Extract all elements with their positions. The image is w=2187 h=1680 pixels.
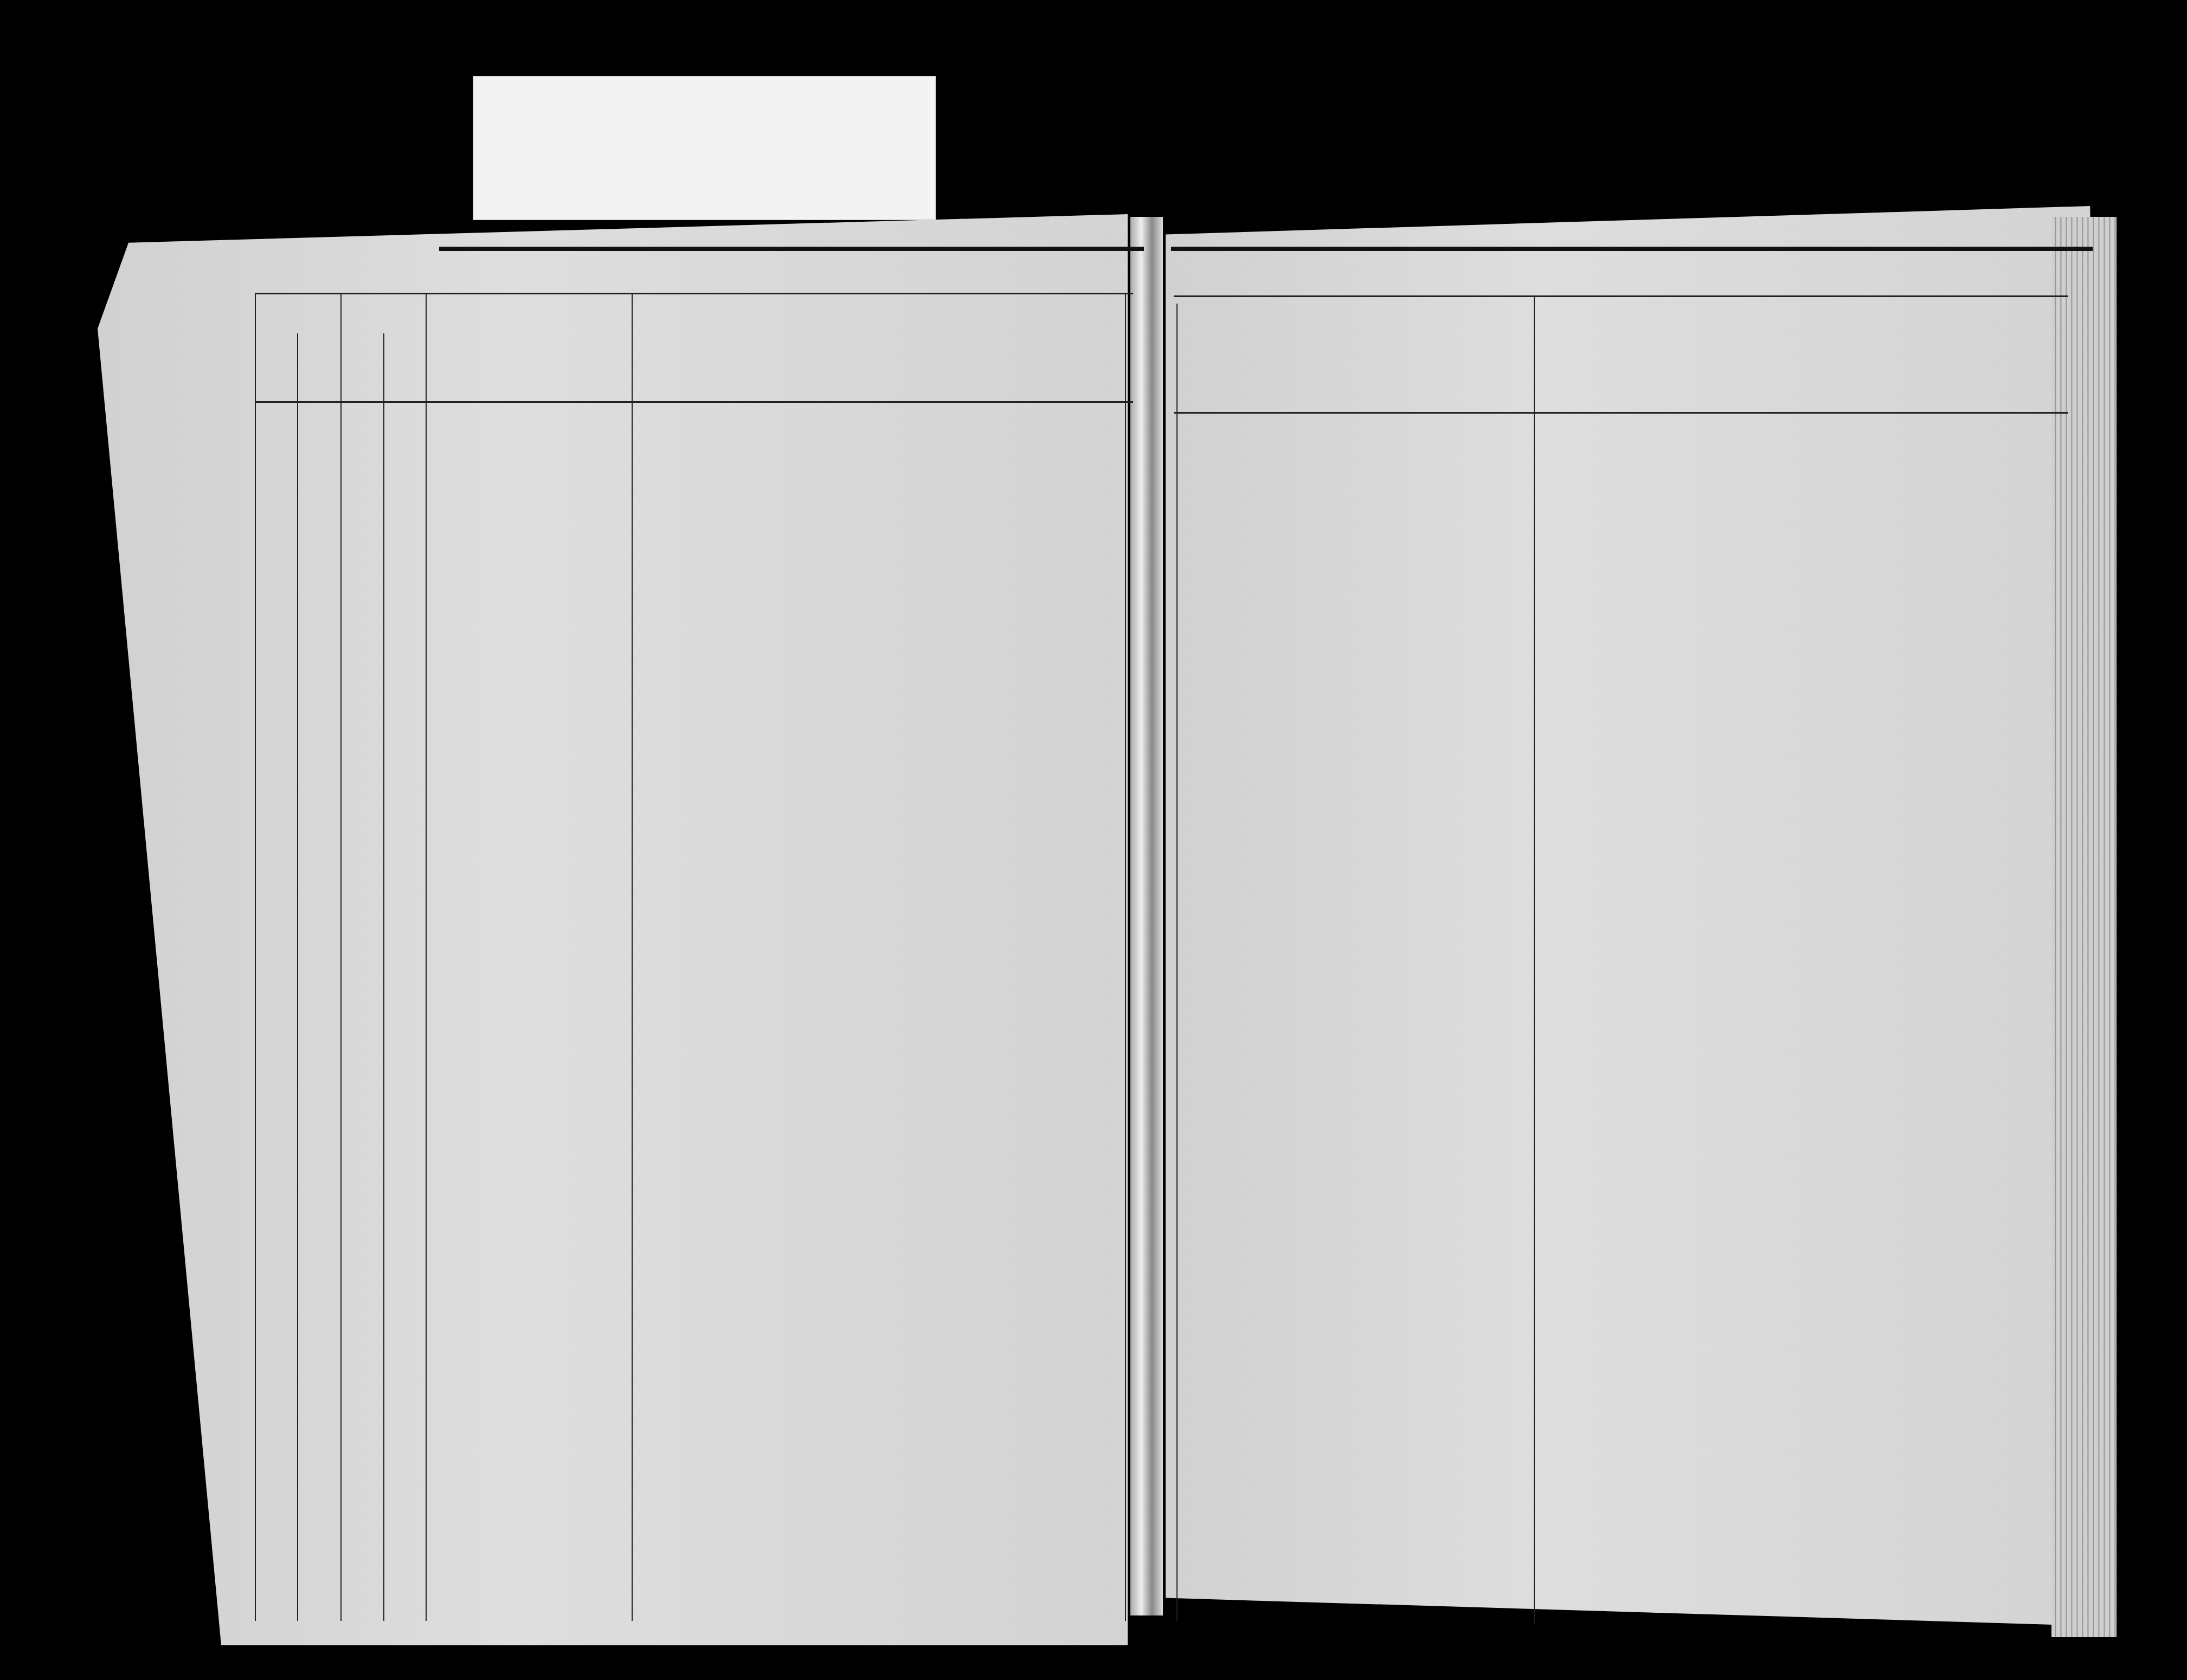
restoration-label-card	[473, 76, 936, 220]
table-top-rule-left	[255, 293, 1133, 294]
page-edge-stack	[2051, 217, 2117, 1637]
col-line	[1125, 293, 1126, 1621]
col-line	[632, 293, 633, 1621]
header-bottom-rule-right	[1174, 412, 2068, 414]
col-line	[383, 333, 384, 1621]
book-spine	[1130, 217, 1163, 1615]
right-page	[1166, 206, 2109, 1626]
col-line	[297, 333, 298, 1621]
heading-rule-right	[1171, 247, 2093, 251]
col-line	[1534, 295, 1535, 1624]
table-top-rule-right	[1174, 295, 2068, 297]
col-line	[1176, 304, 1178, 1621]
col-line	[255, 293, 256, 1621]
col-line	[340, 293, 342, 1621]
heading-rule-left	[439, 247, 1144, 251]
col-line	[426, 293, 427, 1621]
header-bottom-rule-left	[255, 401, 1133, 403]
left-page	[98, 214, 1128, 1645]
